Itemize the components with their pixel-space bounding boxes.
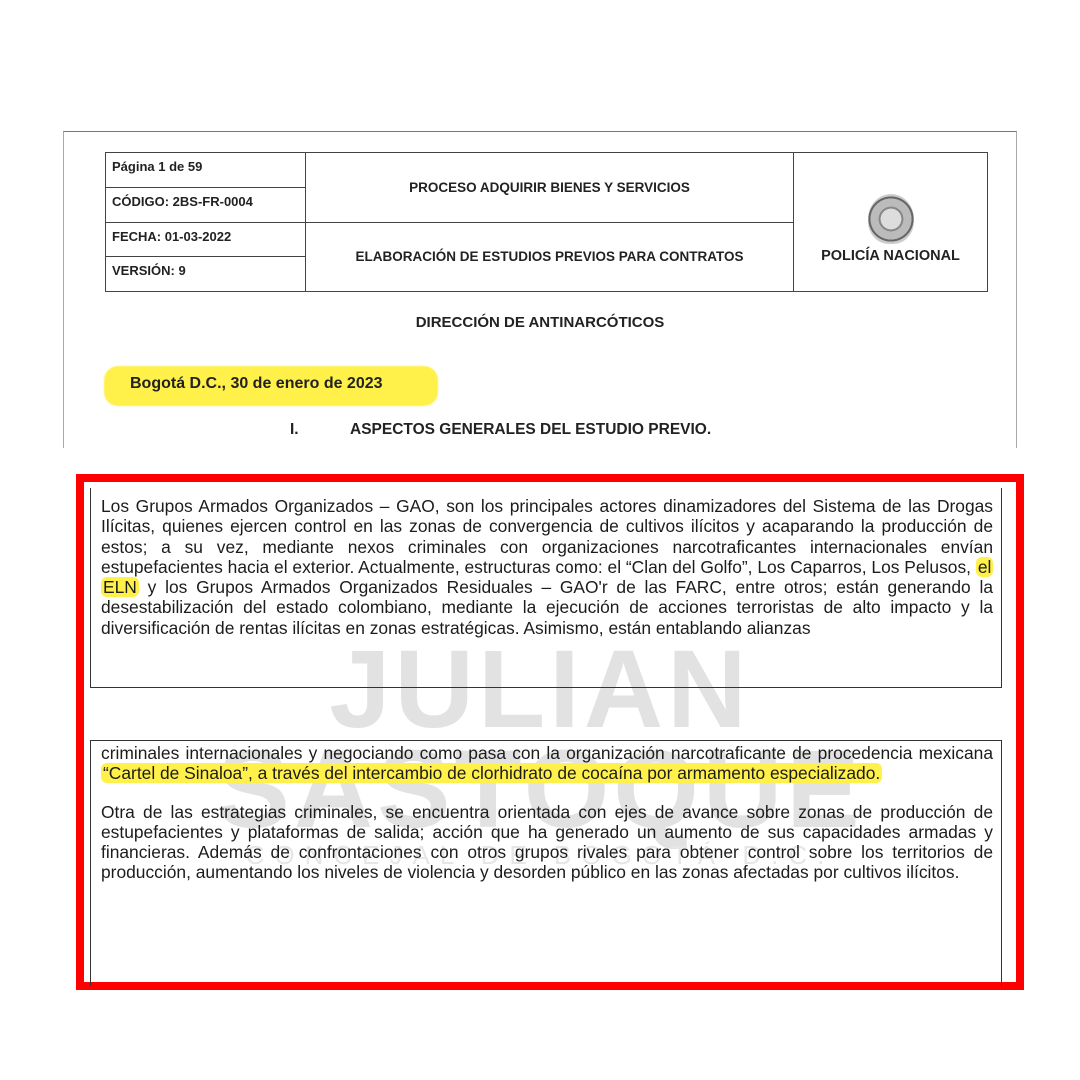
paragraph-1-text-b: y los Grupos Armados Organizados Residua… — [101, 577, 993, 638]
paragraph-2-text: criminales internacionales y negociando … — [101, 743, 993, 763]
section-heading: I.ASPECTOS GENERALES DEL ESTUDIO PREVIO. — [290, 421, 711, 439]
document-version: VERSIÓN: 9 — [106, 257, 305, 291]
process-name: PROCESO ADQUIRIR BIENES Y SERVICIOS — [306, 153, 793, 223]
paragraph-2: criminales internacionales y negociando … — [101, 743, 993, 784]
institution-name: POLICÍA NACIONAL — [821, 248, 960, 264]
direction-heading: DIRECCIÓN DE ANTINARCÓTICOS — [0, 314, 1080, 331]
document-code: CÓDIGO: 2BS-FR-0004 — [106, 188, 305, 223]
document-metadata: Página 1 de 59 CÓDIGO: 2BS-FR-0004 FECHA… — [106, 153, 306, 291]
institution-logo: POLICÍA NACIONAL — [794, 153, 987, 291]
document-header-table: Página 1 de 59 CÓDIGO: 2BS-FR-0004 FECHA… — [105, 152, 988, 292]
document-date: FECHA: 01-03-2022 — [106, 223, 305, 258]
page-number: Página 1 de 59 — [106, 153, 305, 188]
section-title: ASPECTOS GENERALES DEL ESTUDIO PREVIO. — [350, 421, 711, 438]
paragraph-1-text-a: Los Grupos Armados Organizados – GAO, so… — [101, 496, 993, 577]
paragraph-1: Los Grupos Armados Organizados – GAO, so… — [101, 496, 993, 638]
place-date: Bogotá D.C., 30 de enero de 2023 — [130, 375, 383, 393]
highlight-cartel-sinaloa: “Cartel de Sinaloa”, a través del interc… — [101, 763, 882, 783]
document-titles: PROCESO ADQUIRIR BIENES Y SERVICIOS ELAB… — [306, 153, 794, 291]
police-crest-icon — [868, 194, 914, 244]
paragraph-3: Otra de las estrategias criminales, se e… — [101, 802, 993, 883]
excerpt-box-2: criminales internacionales y negociando … — [90, 740, 1002, 986]
excerpt-box-1: Los Grupos Armados Organizados – GAO, so… — [90, 488, 1002, 688]
section-number: I. — [290, 421, 350, 439]
document-title: ELABORACIÓN DE ESTUDIOS PREVIOS PARA CON… — [306, 223, 793, 292]
